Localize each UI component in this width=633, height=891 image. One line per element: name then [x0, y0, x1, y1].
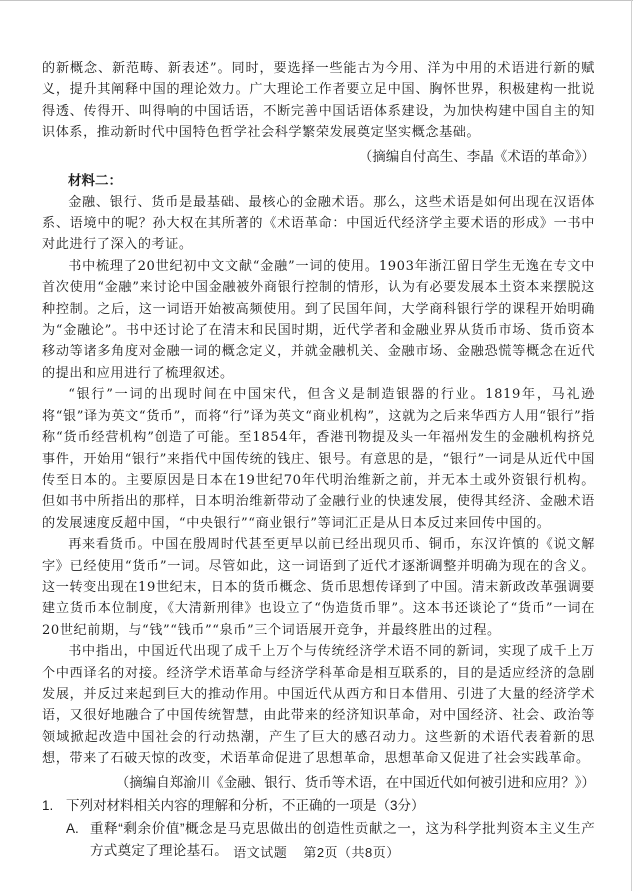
material-two-paragraph-1: 金融、银行、货币是最基础、最核心的金融术语。那么，这些术语是如何出现在汉语体系、…: [42, 192, 595, 256]
material-two-source: （摘编自郑渝川《金融、银行、货币等术语，在中国近代如何被引进和应用？》）: [42, 772, 595, 794]
question-1: 1. 下列对材料相关内容的理解和分析，不正确的一项是（3分）: [42, 795, 595, 817]
footer-page-number: 第2页（共8页）: [303, 845, 399, 860]
page-footer: 语文试题 第2页（共8页）: [0, 842, 633, 861]
material-two-paragraph-5: 书中指出，中国近代出现了成千上万个与传统经济学术语不同的新词，实现了成千上万个中…: [42, 641, 595, 769]
page-top-edge: [0, 0, 633, 1]
material-two-paragraph-4: 再来看货币。中国在殷周时代甚至更早以前已经出现贝币、铜币，东汉许慎的《说文解字》…: [42, 534, 595, 641]
question-number: 1.: [42, 795, 66, 817]
material-two-title: 材料二：: [42, 170, 595, 192]
question-stem: 下列对材料相关内容的理解和分析，不正确的一项是（3分）: [66, 795, 425, 817]
material-one-closing-paragraph: 的新概念、新范畴、新表述”。同时，要选择一些能古为今用、洋为中用的术语进行新的赋…: [42, 58, 595, 144]
page-right-edge: [631, 0, 632, 891]
material-one-source: （摘编自付高生、李晶《术语的革命》）: [42, 146, 595, 168]
material-two-paragraph-2: 书中梳理了20世纪初中文文献“金融”一词的使用。1903年浙江留日学生无逸在专文…: [42, 256, 595, 384]
footer-subject: 语文试题: [233, 845, 287, 860]
exam-page: 的新概念、新范畴、新表述”。同时，要选择一些能古为今用、洋为中用的术语进行新的赋…: [42, 58, 595, 862]
material-two-paragraph-3: “银行”一词的出现时间在中国宋代，但含义是制造银器的行业。1819年，马礼逊将“…: [42, 384, 595, 534]
